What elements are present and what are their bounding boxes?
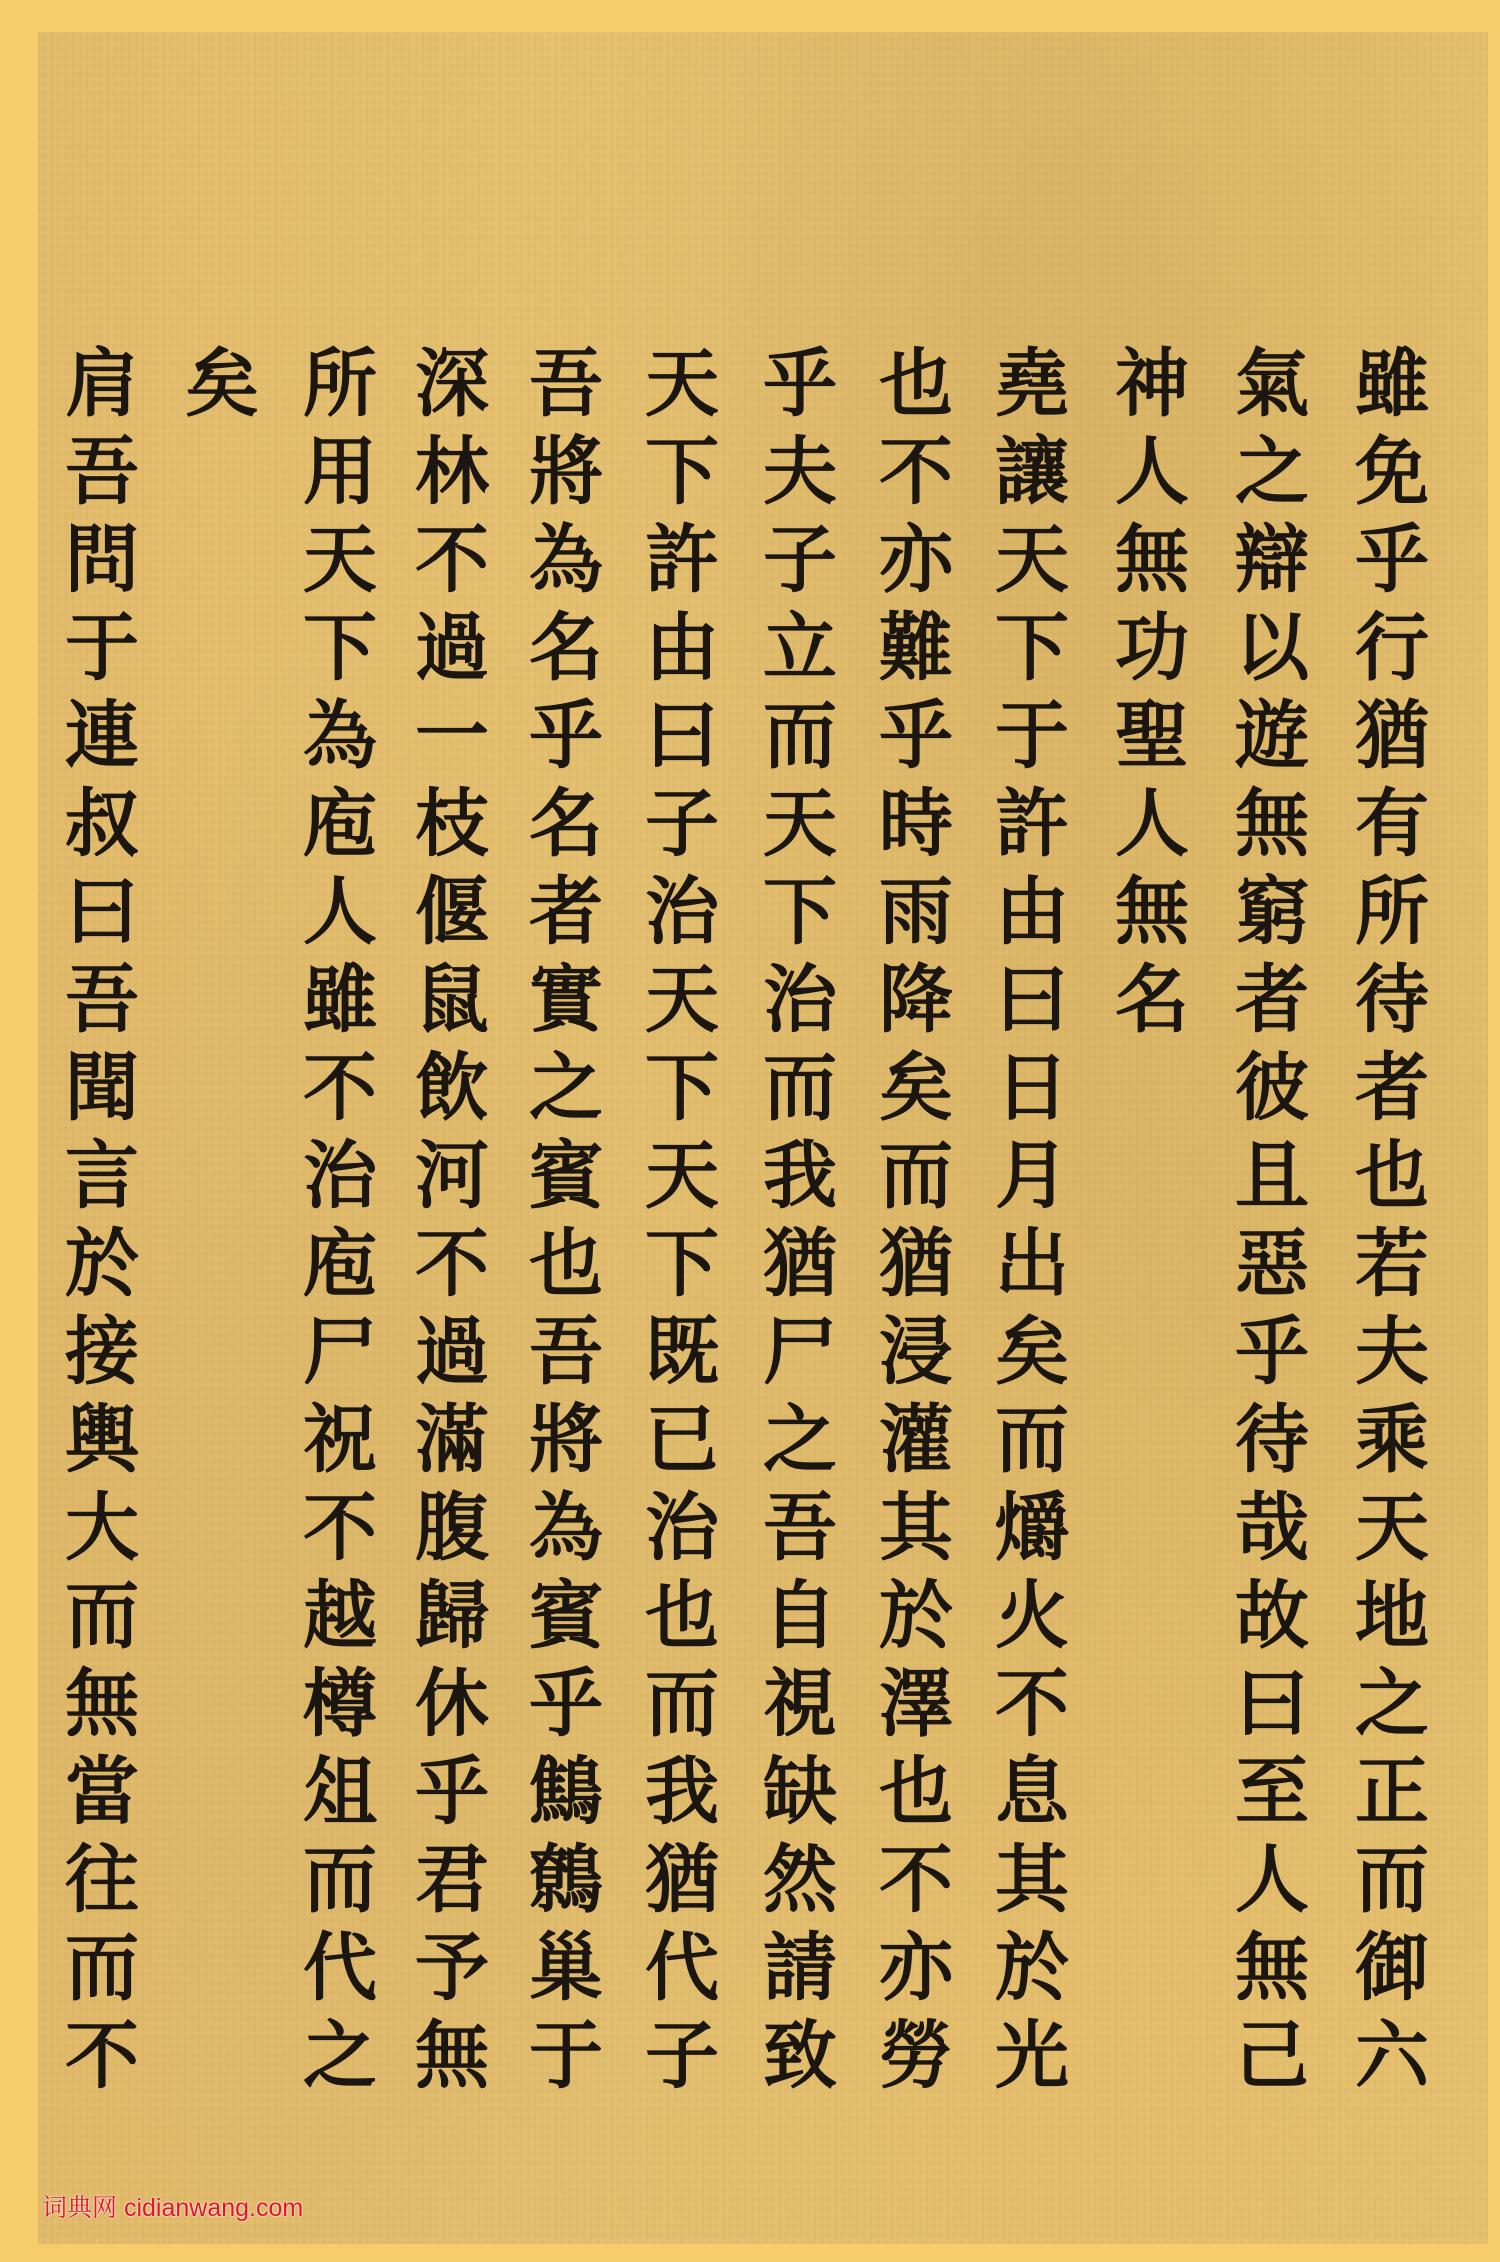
glyph: 庖 bbox=[290, 780, 390, 868]
glyph: 吾 bbox=[750, 1484, 850, 1572]
glyph: 治 bbox=[632, 868, 732, 956]
glyph: 免 bbox=[1342, 428, 1442, 516]
glyph: 神 bbox=[1102, 340, 1202, 428]
glyph: 其 bbox=[866, 1484, 966, 1572]
glyph: 鼠 bbox=[402, 956, 502, 1044]
glyph: 枝 bbox=[402, 780, 502, 868]
text-column-11: 矣 bbox=[167, 340, 277, 428]
glyph: 功 bbox=[1102, 604, 1202, 692]
glyph: 既 bbox=[632, 1308, 732, 1396]
glyph: 夫 bbox=[750, 428, 850, 516]
glyph: 下 bbox=[982, 604, 1082, 692]
glyph: 以 bbox=[1222, 604, 1322, 692]
glyph: 也 bbox=[866, 1748, 966, 1836]
glyph: 下 bbox=[750, 868, 850, 956]
glyph: 不 bbox=[866, 428, 966, 516]
glyph: 六 bbox=[1342, 2012, 1442, 2100]
glyph: 者 bbox=[1342, 1044, 1442, 1132]
glyph: 曰 bbox=[632, 692, 732, 780]
glyph: 聞 bbox=[52, 1044, 152, 1132]
text-column-6: 乎夫子立而天下治而我猶尸之吾自視缺然請致 bbox=[745, 340, 855, 2100]
glyph: 天 bbox=[750, 780, 850, 868]
glyph: 夫 bbox=[1342, 1308, 1442, 1396]
glyph: 鷯 bbox=[516, 1836, 616, 1924]
glyph: 肩 bbox=[52, 340, 152, 428]
glyph: 代 bbox=[632, 1924, 732, 2012]
text-column-2: 氣之辯以遊無窮者彼且惡乎待哉故曰至人無己 bbox=[1217, 340, 1327, 2100]
text-column-3: 神人無功聖人無名 bbox=[1097, 340, 1207, 1044]
glyph: 將 bbox=[516, 428, 616, 516]
glyph: 時 bbox=[866, 780, 966, 868]
glyph: 子 bbox=[632, 2012, 732, 2100]
glyph: 無 bbox=[1222, 1924, 1322, 2012]
glyph: 不 bbox=[52, 2012, 152, 2100]
glyph: 用 bbox=[290, 428, 390, 516]
glyph: 待 bbox=[1342, 956, 1442, 1044]
glyph: 天 bbox=[632, 1132, 732, 1220]
glyph: 由 bbox=[632, 604, 732, 692]
site-watermark: 词典网 cidianwang.com bbox=[42, 2188, 303, 2224]
glyph: 而 bbox=[866, 1132, 966, 1220]
text-column-5: 也不亦難乎時雨降矣而猶浸灌其於澤也不亦勞 bbox=[861, 340, 971, 2100]
glyph: 名 bbox=[516, 780, 616, 868]
glyph: 過 bbox=[402, 1308, 502, 1396]
glyph: 名 bbox=[516, 604, 616, 692]
glyph: 樽 bbox=[290, 1660, 390, 1748]
glyph: 吾 bbox=[52, 428, 152, 516]
glyph: 不 bbox=[402, 516, 502, 604]
glyph: 人 bbox=[1222, 1836, 1322, 1924]
glyph: 名 bbox=[1102, 956, 1202, 1044]
glyph: 賓 bbox=[516, 1132, 616, 1220]
glyph: 不 bbox=[290, 1484, 390, 1572]
glyph: 氣 bbox=[1222, 340, 1322, 428]
glyph: 亦 bbox=[866, 516, 966, 604]
glyph: 曰 bbox=[1222, 1660, 1322, 1748]
glyph: 乎 bbox=[1342, 516, 1442, 604]
glyph: 者 bbox=[1222, 956, 1322, 1044]
glyph: 至 bbox=[1222, 1748, 1322, 1836]
glyph: 人 bbox=[290, 868, 390, 956]
glyph: 猶 bbox=[866, 1220, 966, 1308]
glyph: 乎 bbox=[516, 1660, 616, 1748]
glyph: 賓 bbox=[516, 1572, 616, 1660]
glyph: 而 bbox=[982, 1396, 1082, 1484]
glyph: 天 bbox=[632, 340, 732, 428]
glyph: 于 bbox=[52, 604, 152, 692]
glyph: 矣 bbox=[982, 1308, 1082, 1396]
text-column-9: 深林不過一枝偃鼠飲河不過滿腹歸休乎君予無 bbox=[397, 340, 507, 2100]
glyph: 而 bbox=[290, 1836, 390, 1924]
glyph: 尸 bbox=[290, 1308, 390, 1396]
glyph: 乎 bbox=[1222, 1308, 1322, 1396]
glyph: 林 bbox=[402, 428, 502, 516]
glyph: 庖 bbox=[290, 1220, 390, 1308]
text-column-12: 肩吾問于連叔曰吾聞言於接輿大而無當往而不 bbox=[47, 340, 157, 2100]
glyph: 於 bbox=[982, 1924, 1082, 2012]
glyph: 爝 bbox=[982, 1484, 1082, 1572]
glyph: 辯 bbox=[1222, 516, 1322, 604]
text-column-10: 所用天下為庖人雖不治庖尸祝不越樽俎而代之 bbox=[285, 340, 395, 2100]
glyph: 越 bbox=[290, 1572, 390, 1660]
glyph: 不 bbox=[866, 1836, 966, 1924]
glyph: 天 bbox=[982, 516, 1082, 604]
glyph: 缺 bbox=[750, 1748, 850, 1836]
glyph: 也 bbox=[1342, 1132, 1442, 1220]
glyph: 雖 bbox=[290, 956, 390, 1044]
glyph: 視 bbox=[750, 1660, 850, 1748]
glyph: 不 bbox=[402, 1220, 502, 1308]
glyph: 降 bbox=[866, 956, 966, 1044]
glyph: 哉 bbox=[1222, 1484, 1322, 1572]
glyph: 君 bbox=[402, 1836, 502, 1924]
glyph: 天 bbox=[632, 956, 732, 1044]
glyph: 休 bbox=[402, 1660, 502, 1748]
glyph: 輿 bbox=[52, 1396, 152, 1484]
glyph: 若 bbox=[1342, 1220, 1442, 1308]
glyph: 巢 bbox=[516, 1924, 616, 2012]
glyph: 月 bbox=[982, 1132, 1082, 1220]
glyph: 之 bbox=[750, 1396, 850, 1484]
glyph: 堯 bbox=[982, 340, 1082, 428]
glyph: 無 bbox=[1222, 780, 1322, 868]
glyph: 由 bbox=[982, 868, 1082, 956]
glyph: 於 bbox=[52, 1220, 152, 1308]
glyph: 也 bbox=[516, 1220, 616, 1308]
glyph: 于 bbox=[516, 2012, 616, 2100]
glyph: 大 bbox=[52, 1484, 152, 1572]
glyph: 鷦 bbox=[516, 1748, 616, 1836]
glyph: 一 bbox=[402, 692, 502, 780]
glyph: 當 bbox=[52, 1748, 152, 1836]
glyph: 之 bbox=[290, 2012, 390, 2100]
glyph: 下 bbox=[632, 1044, 732, 1132]
glyph: 正 bbox=[1342, 1748, 1442, 1836]
glyph: 火 bbox=[982, 1572, 1082, 1660]
glyph: 偃 bbox=[402, 868, 502, 956]
glyph: 滿 bbox=[402, 1396, 502, 1484]
glyph: 勞 bbox=[866, 2012, 966, 2100]
glyph: 為 bbox=[290, 692, 390, 780]
text-column-1: 雖免乎行猶有所待者也若夫乘天地之正而御六 bbox=[1337, 340, 1447, 2100]
glyph: 為 bbox=[516, 1484, 616, 1572]
glyph: 亦 bbox=[866, 1924, 966, 2012]
glyph: 雖 bbox=[1342, 340, 1442, 428]
glyph: 乘 bbox=[1342, 1396, 1442, 1484]
glyph: 也 bbox=[632, 1572, 732, 1660]
glyph: 無 bbox=[1102, 868, 1202, 956]
glyph: 過 bbox=[402, 604, 502, 692]
glyph: 聖 bbox=[1102, 692, 1202, 780]
glyph: 讓 bbox=[982, 428, 1082, 516]
glyph: 故 bbox=[1222, 1572, 1322, 1660]
glyph: 曰 bbox=[982, 956, 1082, 1044]
glyph: 致 bbox=[750, 2012, 850, 2100]
glyph: 乎 bbox=[866, 692, 966, 780]
glyph: 連 bbox=[52, 692, 152, 780]
glyph: 叔 bbox=[52, 780, 152, 868]
glyph: 猶 bbox=[632, 1836, 732, 1924]
glyph: 之 bbox=[1222, 428, 1322, 516]
glyph: 而 bbox=[632, 1660, 732, 1748]
glyph: 也 bbox=[866, 340, 966, 428]
glyph: 乎 bbox=[516, 692, 616, 780]
glyph: 吾 bbox=[52, 956, 152, 1044]
glyph: 難 bbox=[866, 604, 966, 692]
glyph: 澤 bbox=[866, 1660, 966, 1748]
glyph: 無 bbox=[1102, 516, 1202, 604]
glyph: 歸 bbox=[402, 1572, 502, 1660]
glyph: 所 bbox=[1342, 868, 1442, 956]
glyph: 立 bbox=[750, 604, 850, 692]
glyph: 吾 bbox=[516, 340, 616, 428]
glyph: 然 bbox=[750, 1836, 850, 1924]
glyph: 下 bbox=[632, 1220, 732, 1308]
glyph: 不 bbox=[290, 1044, 390, 1132]
glyph: 有 bbox=[1342, 780, 1442, 868]
glyph: 我 bbox=[632, 1748, 732, 1836]
glyph: 息 bbox=[982, 1748, 1082, 1836]
glyph: 請 bbox=[750, 1924, 850, 2012]
glyph: 將 bbox=[516, 1396, 616, 1484]
glyph: 言 bbox=[52, 1132, 152, 1220]
glyph: 乎 bbox=[750, 340, 850, 428]
glyph: 彼 bbox=[1222, 1044, 1322, 1132]
glyph: 而 bbox=[750, 692, 850, 780]
glyph: 無 bbox=[402, 2012, 502, 2100]
glyph: 接 bbox=[52, 1308, 152, 1396]
glyph: 者 bbox=[516, 868, 616, 956]
glyph: 祝 bbox=[290, 1396, 390, 1484]
glyph: 人 bbox=[1102, 780, 1202, 868]
glyph: 治 bbox=[750, 956, 850, 1044]
glyph: 之 bbox=[516, 1044, 616, 1132]
glyph: 其 bbox=[982, 1836, 1082, 1924]
glyph: 己 bbox=[1222, 2012, 1322, 2100]
glyph: 深 bbox=[402, 340, 502, 428]
glyph: 所 bbox=[290, 340, 390, 428]
glyph: 乎 bbox=[402, 1748, 502, 1836]
glyph: 腹 bbox=[402, 1484, 502, 1572]
glyph: 猶 bbox=[750, 1220, 850, 1308]
glyph: 許 bbox=[982, 780, 1082, 868]
glyph: 問 bbox=[52, 516, 152, 604]
glyph: 天 bbox=[290, 516, 390, 604]
glyph: 已 bbox=[632, 1396, 732, 1484]
glyph: 俎 bbox=[290, 1748, 390, 1836]
glyph: 下 bbox=[290, 604, 390, 692]
glyph: 灌 bbox=[866, 1396, 966, 1484]
glyph: 實 bbox=[516, 956, 616, 1044]
glyph: 雨 bbox=[866, 868, 966, 956]
glyph: 而 bbox=[52, 1572, 152, 1660]
glyph: 而 bbox=[750, 1044, 850, 1132]
glyph: 不 bbox=[982, 1660, 1082, 1748]
glyph: 予 bbox=[402, 1924, 502, 2012]
glyph: 飲 bbox=[402, 1044, 502, 1132]
glyph: 治 bbox=[632, 1484, 732, 1572]
glyph: 人 bbox=[1102, 428, 1202, 516]
glyph: 吾 bbox=[516, 1308, 616, 1396]
glyph: 為 bbox=[516, 516, 616, 604]
text-column-4: 堯讓天下于許由曰日月出矣而爝火不息其於光 bbox=[977, 340, 1087, 2100]
glyph: 矣 bbox=[866, 1044, 966, 1132]
glyph: 而 bbox=[1342, 1836, 1442, 1924]
glyph: 子 bbox=[632, 780, 732, 868]
glyph: 猶 bbox=[1342, 692, 1442, 780]
glyph: 下 bbox=[632, 428, 732, 516]
glyph: 河 bbox=[402, 1132, 502, 1220]
glyph: 待 bbox=[1222, 1396, 1322, 1484]
glyph: 無 bbox=[52, 1660, 152, 1748]
glyph: 浸 bbox=[866, 1308, 966, 1396]
glyph: 遊 bbox=[1222, 692, 1322, 780]
glyph: 之 bbox=[1342, 1660, 1442, 1748]
glyph: 且 bbox=[1222, 1132, 1322, 1220]
glyph: 曰 bbox=[52, 868, 152, 956]
glyph: 出 bbox=[982, 1220, 1082, 1308]
glyph: 自 bbox=[750, 1572, 850, 1660]
text-column-7: 天下許由曰子治天下天下既已治也而我猶代子 bbox=[627, 340, 737, 2100]
glyph: 窮 bbox=[1222, 868, 1322, 956]
glyph: 矣 bbox=[172, 340, 272, 428]
glyph: 天 bbox=[1342, 1484, 1442, 1572]
glyph: 往 bbox=[52, 1836, 152, 1924]
glyph: 惡 bbox=[1222, 1220, 1322, 1308]
glyph: 御 bbox=[1342, 1924, 1442, 2012]
glyph: 尸 bbox=[750, 1308, 850, 1396]
glyph: 行 bbox=[1342, 604, 1442, 692]
glyph: 許 bbox=[632, 516, 732, 604]
glyph: 子 bbox=[750, 516, 850, 604]
text-column-8: 吾將為名乎名者實之賓也吾將為賓乎鷦鷯巢于 bbox=[511, 340, 621, 2100]
glyph: 於 bbox=[866, 1572, 966, 1660]
glyph: 地 bbox=[1342, 1572, 1442, 1660]
glyph: 而 bbox=[52, 1924, 152, 2012]
glyph: 光 bbox=[982, 2012, 1082, 2100]
glyph: 我 bbox=[750, 1132, 850, 1220]
glyph: 于 bbox=[982, 692, 1082, 780]
glyph: 治 bbox=[290, 1132, 390, 1220]
glyph: 代 bbox=[290, 1924, 390, 2012]
glyph: 日 bbox=[982, 1044, 1082, 1132]
